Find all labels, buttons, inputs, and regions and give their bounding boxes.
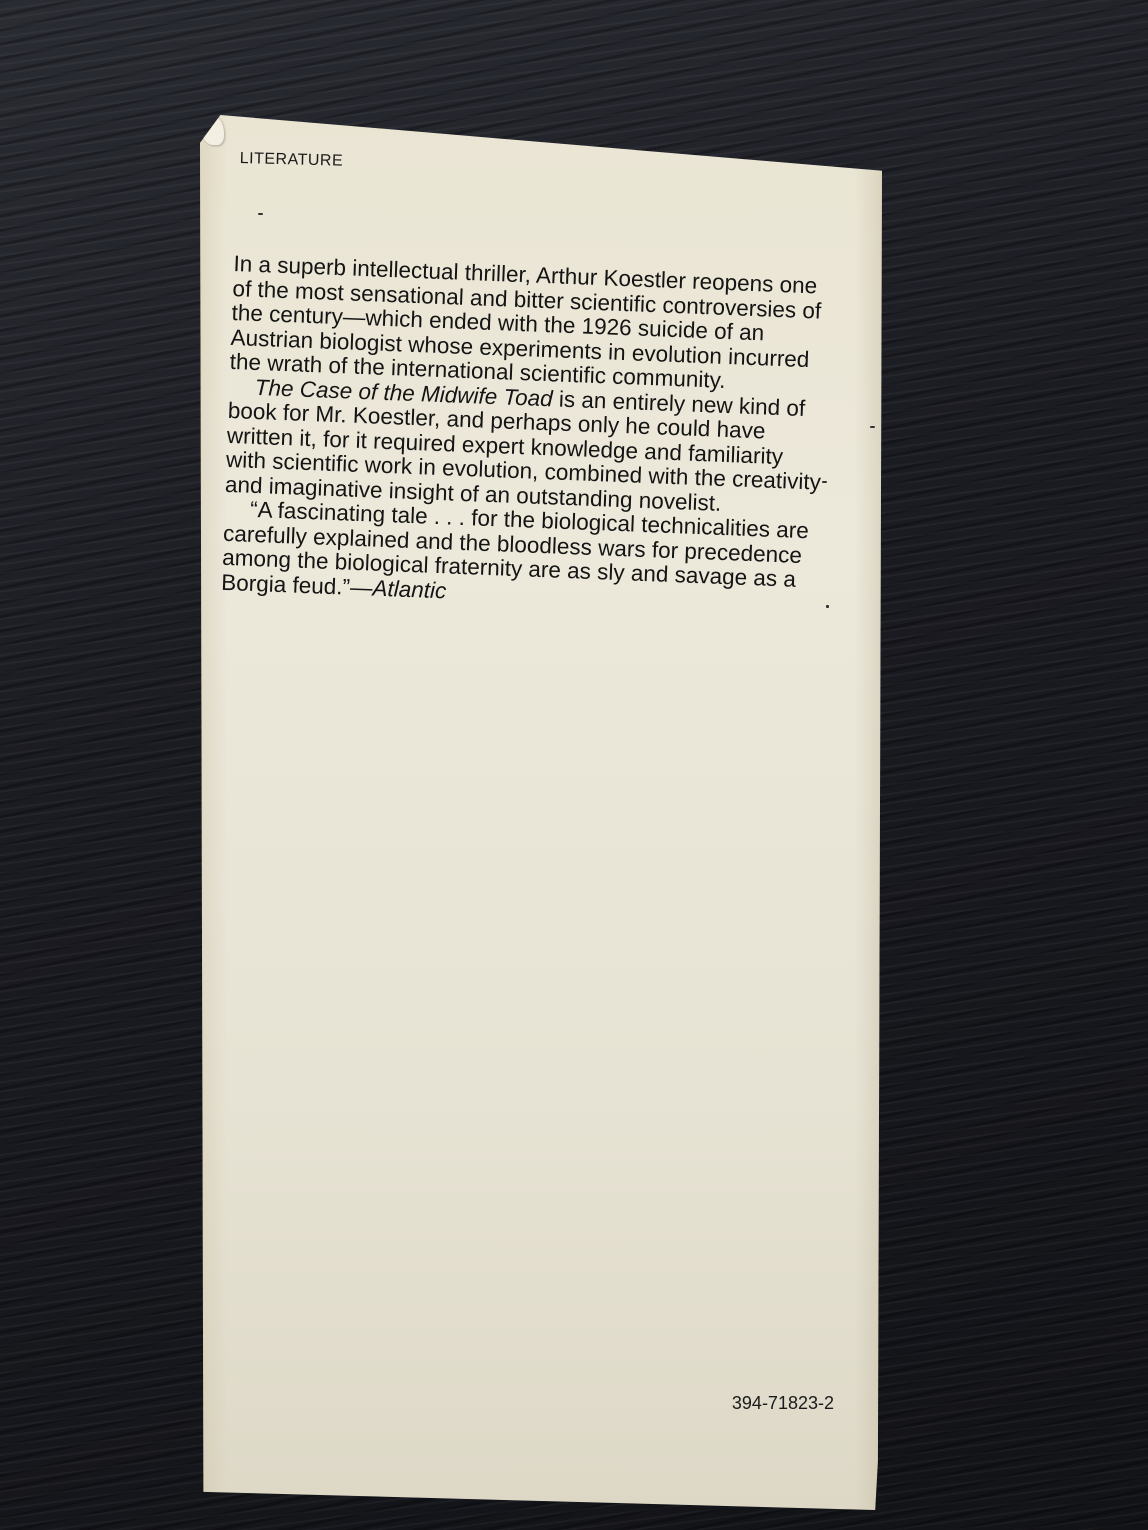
blurb: In a superb intellectual thriller, Arthu… xyxy=(221,252,834,618)
speck xyxy=(258,213,263,215)
speck xyxy=(870,426,875,428)
quote-source: Atlantic xyxy=(372,575,447,603)
review-quote: “A fascinating tale . . . for the biolog… xyxy=(221,497,824,618)
book-back-cover: LITERATURE In a superb intellectual thri… xyxy=(200,115,882,1510)
blurb-paragraph-2: The Case of the Midwife Toad is an entir… xyxy=(225,374,829,519)
speck xyxy=(822,481,827,483)
blurb-paragraph-1: In a superb intellectual thriller, Arthu… xyxy=(229,252,833,397)
category-label: LITERATURE xyxy=(240,150,344,171)
isbn: 394-71823-2 xyxy=(732,1393,834,1414)
dog-eared-corner xyxy=(202,115,224,145)
speck xyxy=(826,605,829,608)
